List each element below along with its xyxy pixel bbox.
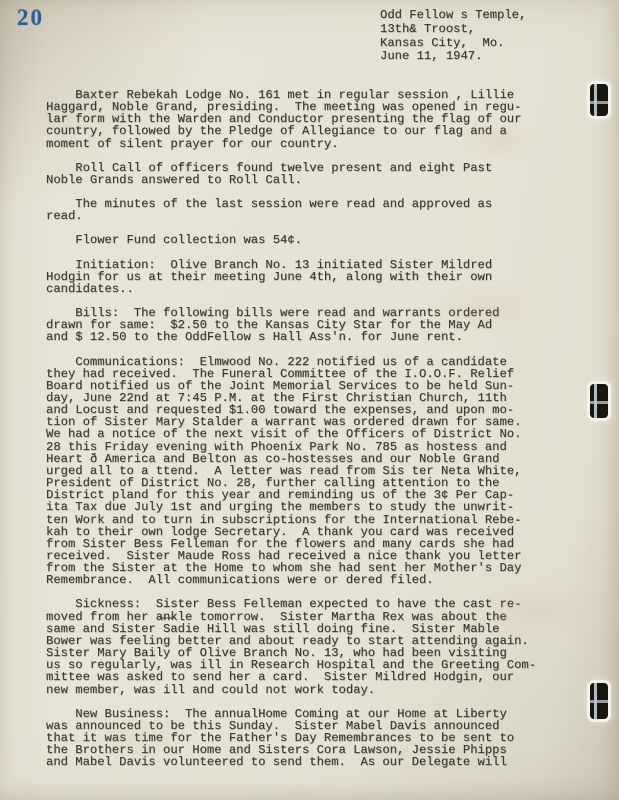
binder-hole-mark-icon — [590, 683, 608, 719]
paragraph-opening-session: Baxter Rebekah Lodge No. 161 met in regu… — [46, 89, 591, 150]
binder-hole-mark-icon — [590, 384, 608, 418]
paragraph-flower-fund: Flower Fund collection was 54¢. — [46, 234, 591, 246]
minutes-body: Baxter Rebekah Lodge No. 161 met in regu… — [46, 89, 591, 781]
letterhead-address: Odd Fellow s Temple, 13th& Troost, Kansa… — [380, 9, 526, 64]
paragraph-roll-call: Roll Call of officers found twelve prese… — [46, 162, 591, 186]
paragraph-new-business: New Business: The annualHome Coming at o… — [46, 708, 591, 769]
binder-hole-mark-icon — [590, 84, 608, 116]
paragraph-bills: Bills: The following bills were read and… — [46, 307, 591, 343]
page-number: 20 — [17, 5, 44, 31]
paragraph-sickness: Sickness: Sister Bess Felleman expected … — [46, 598, 591, 695]
scanned-minutes-page: 20 Odd Fellow s Temple, 13th& Troost, Ka… — [0, 0, 619, 800]
paragraph-initiation: Initiation: Olive Branch No. 13 initiate… — [46, 259, 591, 295]
paragraph-minutes-approved: The minutes of the last session were rea… — [46, 198, 591, 222]
paragraph-communications: Communications: Elmwood No. 222 notified… — [46, 356, 591, 587]
